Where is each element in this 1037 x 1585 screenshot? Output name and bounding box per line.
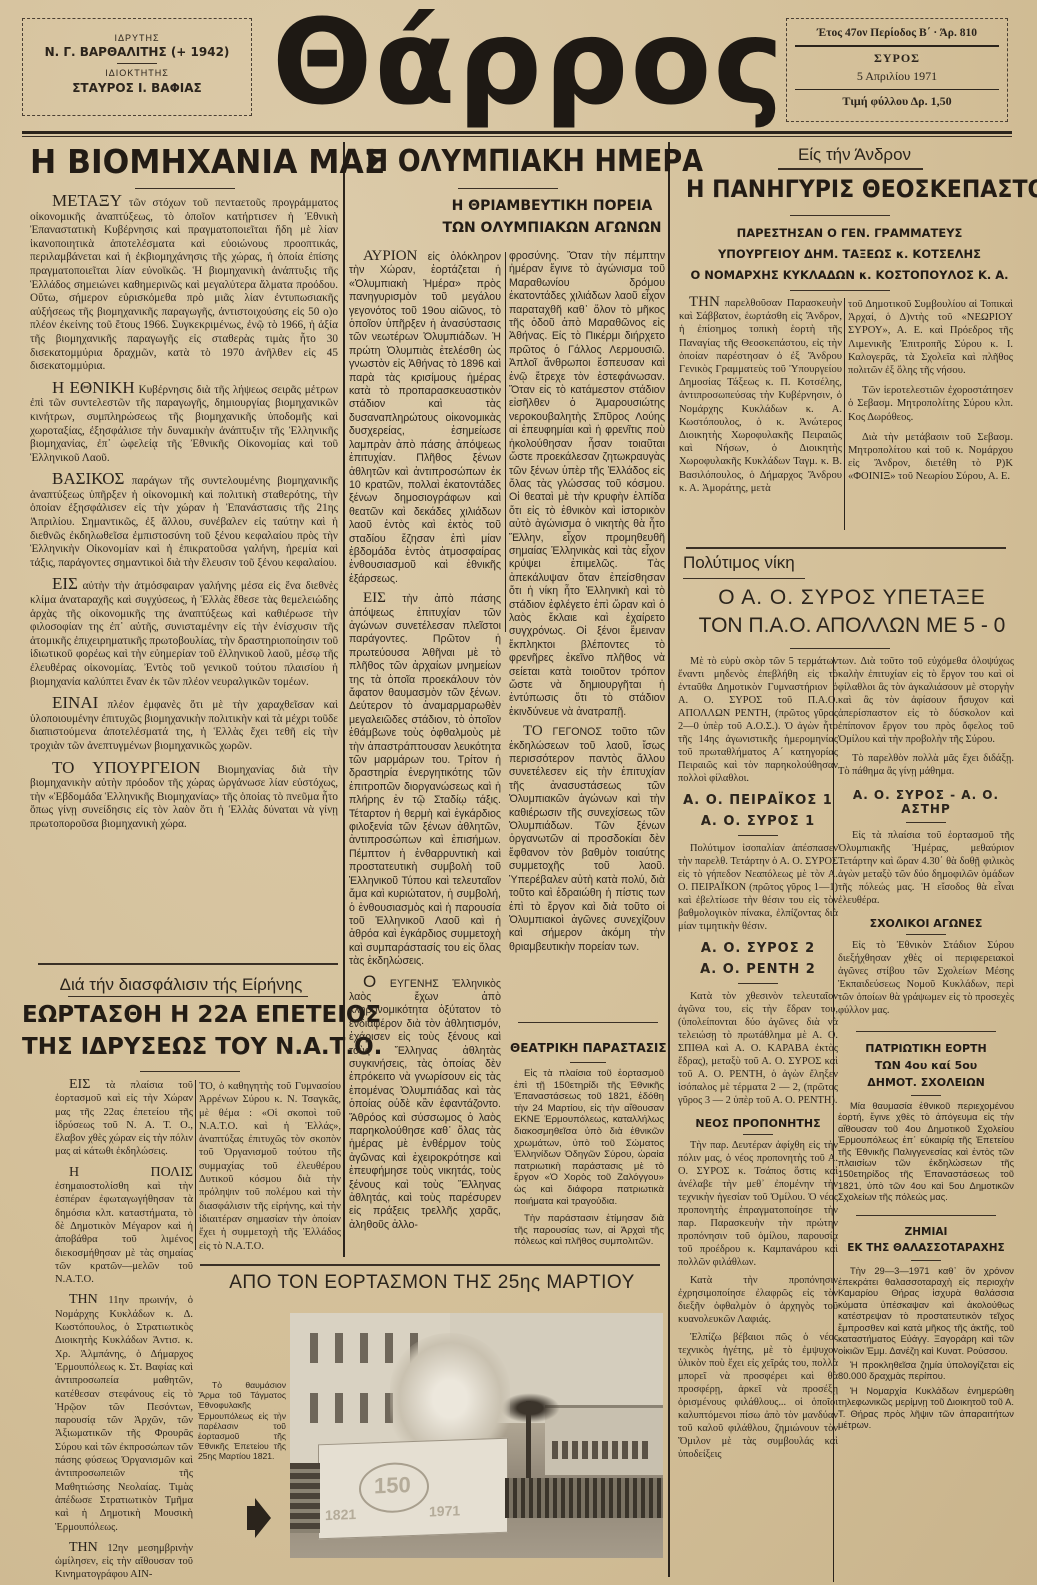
paragraph: Ἡ Νομαρχία Κυκλάδων ἐνημερώθη τηλεφωνικῶ… (838, 1385, 1014, 1431)
coach-headline: ΝΕΟΣ ΠΡΟΠΟΝΗΤΗΣ (678, 1117, 838, 1130)
section-rule (38, 963, 338, 965)
football-divider (833, 657, 834, 1582)
paragraph: Εἰς τὰ πλαίσια τοῦ ἑορτασμοῦ τῆς Ὀλυμπια… (838, 829, 1014, 907)
founder-box: ΙΔΡΥΤΗΣ Ν. Γ. ΒΑΡΘΑΛΙΤΗΣ (+ 1942) ΙΔΙΟΚΤ… (22, 18, 252, 116)
kicker-underline (683, 578, 805, 579)
paragraph: Ἡ προκληθεῖσα ζημία ὑπολογίζεται εἰς 80.… (838, 1359, 1014, 1382)
section-rule (518, 1022, 658, 1023)
headline-rule (790, 648, 890, 649)
masthead-rule-2 (22, 136, 1012, 137)
paragraph: Τὴν παρ. Δευτέραν ἀφίχθη εἰς τὴν πόλιν μ… (678, 1139, 838, 1269)
patriotic-text: Μία θαυμασία ἐθνικοῦ περιεχομένου ἑορτή,… (838, 1100, 1014, 1203)
andros-headline: Η ΠΑΝΗΓΥΡΙΣ ΘΕΟΣΚΕΠΑΣΤΟΥ (686, 172, 1008, 206)
headline-rule (790, 290, 890, 291)
industry-article: ΜΕΤΑΞΥ τῶν στόχων τοῦ πενταετοῦς προγράμ… (30, 194, 338, 839)
place: ΣΥΡΟΣ (791, 51, 1003, 66)
paragraph: ΕΙΝΑΙ πλέον ἐμφανὲς ὅτι μὲ τὴν χαραχθεῖσ… (30, 696, 338, 753)
nato-headline-2: ΤΗΣ ΙΔΡΥΣΕΩΣ ΤΟΥ Ν.Α.Τ.Ο. (22, 1032, 340, 1062)
score-line: Α. Ο. ΡΕΝΤΗ 2 (678, 962, 838, 977)
photo-headline: ΑΠΟ ΤΟΝ ΕΟΡΤΑΣΜΟΝ ΤΗΣ 25ης ΜΑΡΤΙΟΥ (198, 1272, 666, 1294)
nato-kicker: Διά τήν διασφάλισιν τής Είρήνης (22, 975, 340, 995)
paragraph: Τὴν παράστασιν ἐτίμησαν διὰ τῆς παρουσία… (514, 1213, 664, 1248)
section-rule (200, 1264, 660, 1266)
issue-box: Έτος 47ον Περίοδος Β΄ · Άρ. 810 ΣΥΡΟΣ 5 … (786, 18, 1008, 122)
football-headline-2: ΤΟΝ Π.Α.Ο. ΑΠΟΛΛΩΝ ΜΕ 5 - 0 (672, 614, 1032, 638)
storm-article: Τὴν 29—3—1971 καθ᾿ ὃν χρόνον ἐπεκράτει θ… (838, 1265, 1014, 1431)
match-title: Α. Ο. ΣΥΡΟΣ - Α. Ο. ΑΣΤΗΡ (838, 788, 1014, 816)
andros-sub-3: Ο ΝΟΜΑΡΧΗΣ ΚΥΚΛΑΔΩΝ κ. ΚΟΣΤΟΠΟΥΛΟΣ Κ. Α. (672, 266, 1027, 284)
theatre-article: Εἰς τὰ πλαίσια τοῦ ἑορτασμοῦ ἐπὶ τῇ 150ε… (514, 1068, 664, 1254)
paragraph: ΜΕΤΑΞΥ τῶν στόχων τοῦ πενταετοῦς προγράμ… (30, 194, 338, 374)
founder-label: ΙΔΡΥΤΗΣ (27, 33, 247, 43)
andros-sub-1: ΠΑΡΕΣΤΗΣΑΝ Ο ΓΕΝ. ΓΡΑΜΜΑΤΕΥΣ (672, 224, 1027, 242)
football-col-a: Μὲ τὸ εὐρὺ σκὸρ τῶν 5 τερμάτων ἔναντι μη… (678, 655, 838, 1461)
issue-date: 5 Απριλίου 1971 (791, 69, 1003, 84)
nato-col-a: ΕΙΣ τὰ πλαίσια τοῦ ἑορτασμοῦ καὶ εἰς τὴν… (55, 1078, 193, 1585)
paragraph: Εἰς τὰ πλαίσια τοῦ ἑορτασμοῦ ἐπὶ τῇ 150ε… (514, 1068, 664, 1207)
paragraph: Μὲ τὸ εὐρὺ σκὸρ τῶν 5 τερμάτων ἔναντι μη… (678, 655, 838, 785)
olympic-col-a: ΑΥΡΙΟΝ εἰς ὁλόκληρον τὴν Χώραν, ἑορτάζετ… (349, 250, 501, 1238)
paragraph: Ο ΕΥΓΕΝΗΣ Ἑλληνικὸς λαὸς ἔχων ἀπὸ κληρον… (349, 975, 501, 1233)
paragraph: Τῶν ἱεροτελεστιῶν ἐχοροστάτησεν ὁ Σεβασμ… (848, 384, 1013, 424)
issue-number: Έτος 47ον Περίοδος Β΄ · Άρ. 810 (791, 27, 1003, 39)
paragraph: Τὴν 29—3—1971 καθ᾿ ὃν χρόνον ἐπεκράτει θ… (838, 1265, 1014, 1356)
patriotic-title-1: ΠΑΤΡΙΩΤΙΚΗ ΕΟΡΤΗ (838, 1040, 1014, 1057)
score-line: Α. Ο. ΣΥΡΟΣ 1 (678, 814, 838, 829)
paragraph: των. Διὰ τοῦτο τοῦ εὐχόμεθα ὁλοψύχως καλ… (838, 655, 1014, 746)
kicker-underline (778, 168, 923, 170)
paragraph: Κατὰ τὸν χθεσινὸν τελευταῖον ἀγῶνα του, … (678, 990, 838, 1107)
olympic-subhead-2: ΤΩΝ ΟΛΥΜΠΙΑΚΩΝ ΑΓΩΝΩΝ (440, 218, 664, 238)
section-rule (686, 547, 1006, 549)
paragraph: ΤΟ ΓΕΓΟΝΟΣ τοῦτο τῶν ἐκδηλώσεων τοῦ λαοῦ… (509, 725, 665, 954)
olympic-headline: Η ΟΛΥΜΠΙΑΚΗ ΗΜΕΡΑ (366, 142, 649, 182)
football-kicker: Πολύτιμος νίκη (683, 553, 795, 573)
paragraph: Τὸ παρελθὸν πολλὰ μᾶς ἔχει διδάξῃ. Τὸ πά… (838, 752, 1014, 778)
float-label: 150 (374, 1472, 411, 1499)
andros-kicker: Είς τήν Άνδρον (672, 145, 1037, 165)
andros-col-a: ΤΗΝ παρελθοῦσαν Παρασκευὴν καὶ Σάββατον,… (679, 296, 842, 502)
column-divider-1 (343, 142, 345, 1257)
patriotic-title-2: ΤΩΝ 4ου καί 5ου (838, 1057, 1014, 1074)
paragraph: Η ΠΟΛΙΣ ἐσημαιοστολίσθη καὶ τὴν ἑσπέραν … (55, 1166, 193, 1287)
football-col-b: των. Διὰ τοῦτο τοῦ εὐχόμεθα ὁλοψύχως καλ… (838, 655, 1014, 1436)
football-headline-1: Ο Α. Ο. ΣΥΡΟΣ ΥΠΕΤΑΞΕ (672, 586, 1032, 610)
nato-col-b: ΤΟ, ὁ καθηγητὴς τοῦ Γυμνασίου Ἀρρένων Σύ… (199, 1080, 341, 1260)
andros-col-b: τοῦ Δημοτικοῦ Συμβουλίου αἱ Τοπικαὶ Ἀρχα… (848, 298, 1013, 491)
olympic-divider (505, 252, 506, 632)
olympic-subhead-1: Η ΘΡΙΑΜΒΕΥΤΙΚΗ ΠΟΡΕΙΑ (440, 196, 664, 216)
float-year-left: 1821 (325, 1506, 356, 1523)
owner-name: ΣΤΑΥΡΟΣ Ι. ΒΑΦΙΑΣ (27, 81, 247, 95)
score-line: Α. Ο. ΣΥΡΟΣ 2 (678, 941, 838, 956)
photo-caption: Τὸ θαυμάσιον Ἅρμα τοῦ Τάγματος Ἐθνοφυλακ… (198, 1380, 286, 1462)
headline-rule (458, 188, 558, 189)
paragraph: ΕΙΣ αὐτὴν τὴν ἀτμόσφαιραν γαλήνης μέσα ε… (30, 577, 338, 689)
float: 150 1821 1971 (318, 1438, 508, 1540)
paragraph: ΑΥΡΙΟΝ εἰς ὁλόκληρον τὴν Χώραν, ἑορτάζετ… (349, 250, 501, 586)
headline-rule (140, 1071, 240, 1072)
paragraph: ΤΟ ΥΠΟΥΡΓΕΙΟΝ Βιομηχανίας διὰ τὴν βιομηχ… (30, 761, 338, 832)
headline-rule (135, 188, 235, 189)
headline-rule (790, 215, 890, 216)
industry-headline: Η ΒΙΟΜΗΧΑΝΙΑ ΜΑΣ (30, 142, 332, 182)
masthead-rule (22, 131, 1012, 134)
kicker-underline (68, 996, 308, 997)
paragraph: ΕΙΣ τὰ πλαίσια τοῦ ἑορτασμοῦ καὶ εἰς τὴν… (55, 1078, 193, 1159)
owner-label: ΙΔΙΟΚΤΗΤΗΣ (27, 68, 247, 78)
parade-photo: 150 1821 1971 (290, 1313, 663, 1558)
paragraph: ΤΗΝ παρελθοῦσαν Παρασκευὴν καὶ Σάββατον,… (679, 296, 842, 495)
column-divider-2 (668, 142, 670, 1577)
patriotic-title-3: ΔΗΜΟΤ. ΣΧΟΛΕΙΩΝ (838, 1074, 1014, 1091)
newspaper-title: Θάρρος (272, 0, 750, 132)
paragraph: ΕΙΣ τὴν ἀπὸ πάσης ἀπόψεως ἐπιτυχίαν τῶν … (349, 592, 501, 968)
nato-divider (195, 1080, 196, 1250)
score-line: Α. Ο. ΠΕΙΡΑΪΚΟΣ 1 (678, 793, 838, 808)
nato-headline-1: ΕΩΡΤΑΣΘΗ Η 22Α ΕΠΕΤΕΙΟΣ (22, 1000, 340, 1030)
paragraph: Διὰ τὴν μετάβασιν τοῦ Σεβασμ. Μητροπολίτ… (848, 431, 1013, 484)
theatre-headline: ΘΕΑΤΡΙΚΗ ΠΑΡΑΣΤΑΣΙΣ (510, 1040, 666, 1056)
paragraph: ΤΗΝ 12ην μεσημβρινὴν ὡμίλησεν, εἰς τὴν α… (55, 1541, 193, 1582)
paragraph: Κατὰ τὴν προπόνησιν ἐχρησιμοποίησε ἐλαφρ… (678, 1274, 838, 1326)
arrow-right-icon (247, 1498, 271, 1543)
paragraph: ΤΟ, ὁ καθηγητὴς τοῦ Γυμνασίου Ἀρρένων Σύ… (199, 1080, 341, 1253)
storm-title-1: ΖΗΜΙΑΙ (838, 1224, 1014, 1240)
school-games-title: ΣΧΟΛΙΚΟΙ ΑΓΩΝΕΣ (838, 917, 1014, 930)
founder-name: Ν. Γ. ΒΑΡΘΑΛΙΤΗΣ (+ 1942) (27, 45, 247, 59)
andros-sub-2: ΥΠΟΥΡΓΕΙΟΥ ΔΗΜ. ΤΑΞΕΩΣ κ. ΚΟΤΣΕΛΗΣ (672, 245, 1027, 263)
issue-price: Τιμή φύλλου Δρ. 1,50 (791, 94, 1003, 109)
float-year-right: 1971 (429, 1502, 460, 1519)
headline-rule (570, 1062, 606, 1063)
andros-divider (844, 298, 845, 530)
paragraph: Η ΕΘΝΙΚΗ Κυβέρνησις διὰ τῆς λήψεως σειρᾶ… (30, 381, 338, 466)
paragraph: ΤΗΝ 11ην πρωινήν, ὁ Νομάρχης Κυκλάδων κ.… (55, 1293, 193, 1533)
olympic-col-b: φροσύνης. Ὅταν τὴν πέμπτην ἡμέραν ἔγινε … (509, 250, 665, 960)
paragraph: Ἐλπίζω βέβαιοι πῶς ὁ νέος τεχνικὸς ἡγέτη… (678, 1331, 838, 1461)
paragraph: τοῦ Δημοτικοῦ Συμβουλίου αἱ Τοπικαὶ Ἀρχα… (848, 298, 1013, 377)
paragraph: Εἰς τὸ Ἐθνικὸν Στάδιον Σύρου διεξήχθησαν… (838, 939, 1014, 1017)
paragraph: Πολύτιμον ἰσοπαλίαν ἀπέσπασεν τὴν παρελθ… (678, 842, 838, 933)
paragraph: ΒΑΣΙΚΟΣ παράγων τῆς συντελουμένης βιομηχ… (30, 472, 338, 570)
paragraph: φροσύνης. Ὅταν τὴν πέμπτην ἡμέραν ἔγινε … (509, 250, 665, 719)
storm-title-2: ΕΚ ΤΗΣ ΘΑΛΑΣΣΟΤΑΡΑΧΗΣ (838, 1240, 1014, 1256)
